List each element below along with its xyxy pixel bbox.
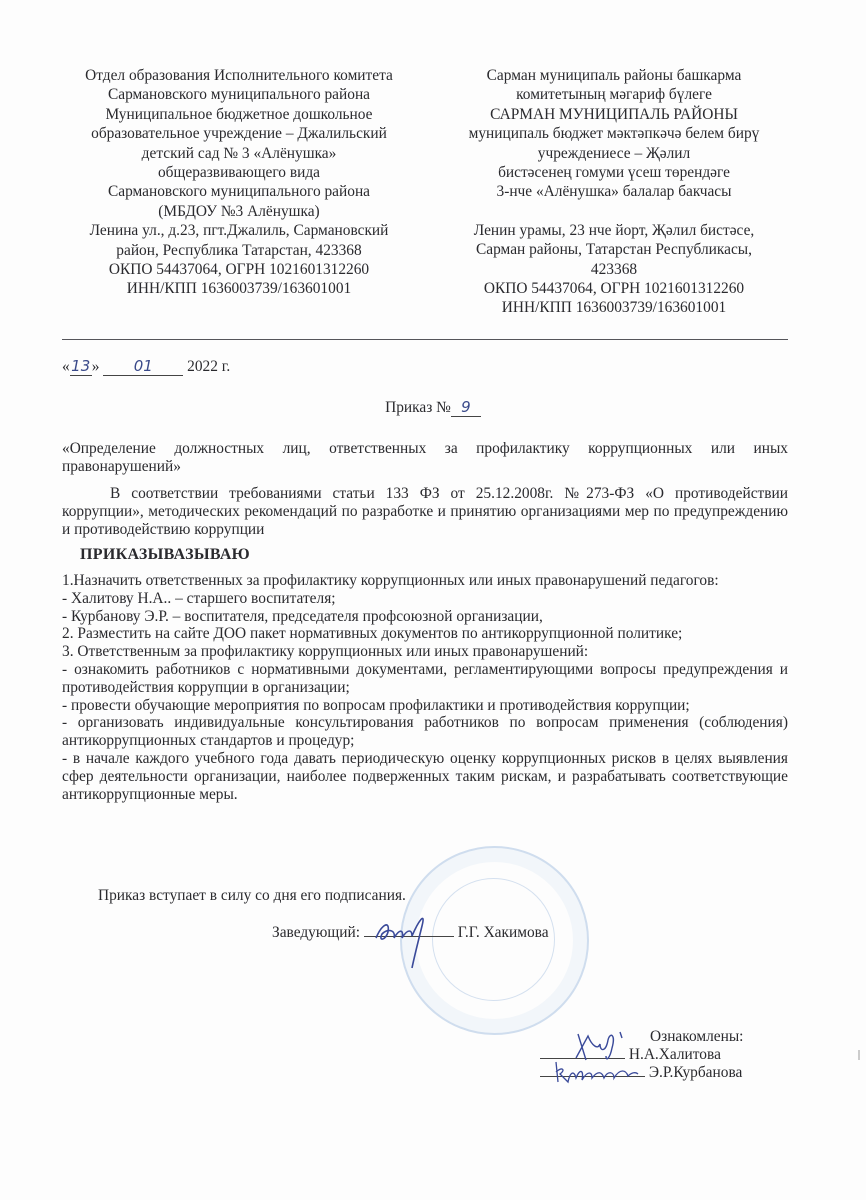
header-line: Ленин урамы, 23 нче йорт, Җәлил бистәсе, (428, 221, 800, 240)
header-line: комитетының мәгариф бүлеге (428, 85, 800, 104)
header-line: учреждениесе – Җәлил (428, 144, 800, 163)
quote-close: » (92, 358, 100, 375)
header-line: 423368 (428, 260, 800, 279)
order-title-prefix: Приказ № (385, 399, 451, 416)
header-divider (62, 339, 788, 340)
quote-open: « (62, 358, 70, 375)
order-item: - ознакомить работников с нормативными д… (62, 661, 788, 697)
order-title: Приказ №9 (0, 398, 866, 417)
header-line: ИНН/КПП 1636003739/163601001 (428, 298, 800, 317)
header-line: муниципаль бюджет мәктәпкәчә белем бирү (428, 124, 800, 143)
order-word: ПРИКАЗЫВАЗЫВАЮ (80, 546, 250, 564)
order-item: - Курбанову Э.Р. – воспитателя, председа… (62, 608, 788, 626)
preamble: В соответствии требованиями статьи 133 Ф… (62, 485, 788, 538)
head-label: Заведующий: (272, 924, 360, 941)
scan-artifact (858, 1050, 860, 1060)
preamble-text: В соответствии требованиями статьи 133 Ф… (62, 485, 788, 538)
order-item: 1.Назначить ответственных за профилактик… (62, 572, 788, 590)
acknowledged-name: Н.А.Халитова (629, 1046, 721, 1063)
acknowledged-name: Э.Р.Курбанова (649, 1064, 742, 1081)
order-number: 9 (451, 398, 481, 417)
header-line: район, Республика Татарстан, 423368 (58, 241, 420, 260)
kurbanova-signature-icon (552, 1060, 642, 1088)
header-line: бистәсенең гомуми үсеш төрендәге (428, 163, 800, 182)
date-day: 13 (70, 357, 92, 376)
header-line: Сармановского муниципального района (58, 182, 420, 201)
header-line: (МБДОУ №3 Алёнушка) (58, 202, 420, 221)
date-month: 01 (103, 357, 183, 376)
order-subject: «Определение должностных лиц, ответствен… (62, 440, 788, 476)
document-page: Отдел образования Исполнительного комите… (0, 0, 866, 1200)
header-line: Сармановского муниципального района (58, 85, 420, 104)
order-item: - организовать индивидуальные консультир… (62, 714, 788, 750)
header-line: Муниципальное бюджетное дошкольное (58, 105, 420, 124)
header-russian: Отдел образования Исполнительного комите… (58, 66, 420, 299)
acknowledged-title: Ознакомлены: (540, 1028, 743, 1046)
header-line: САРМАН МУНИЦИПАЛЬ РАЙОНЫ (428, 105, 800, 124)
header-line: Отдел образования Исполнительного комите… (58, 66, 420, 85)
head-name: Г.Г. Хакимова (458, 924, 549, 941)
header-line: общеразвивающего вида (58, 163, 420, 182)
order-item: - Халитову Н.А.. – старшего воспитателя; (62, 590, 788, 608)
header-line: Сарман муниципаль районы башкарма (428, 66, 800, 85)
header-line: Сарман районы, Татарстан Республикасы, (428, 240, 800, 259)
header-line: Ленина ул., д.23, пгт.Джалиль, Сармановс… (58, 221, 420, 240)
header-line: 3-нче «Алёнушка» балалар бакчасы (428, 182, 800, 201)
order-item: - провести обучающие мероприятия по вопр… (62, 697, 788, 715)
order-date: «13» 01 2022 г. (62, 357, 230, 376)
header-line: детский сад № 3 «Алёнушка» (58, 144, 420, 163)
order-item: 3. Ответственным за профилактику коррупц… (62, 643, 788, 661)
order-item: - в начале каждого учебного года давать … (62, 750, 788, 803)
header-line: ОКПО 54437064, ОГРН 1021601312260 (428, 279, 800, 298)
header-tatar: Сарман муниципаль районы башкарма комите… (428, 66, 800, 318)
date-year: 2022 г. (187, 358, 230, 375)
header-line: ИНН/КПП 1636003739/163601001 (58, 279, 420, 298)
spacer (428, 202, 800, 221)
head-signature-icon (368, 900, 443, 972)
effective-clause: Приказ вступает в силу со дня его подпис… (98, 887, 406, 905)
header-line: образовательное учреждение – Джалильский (58, 124, 420, 143)
header-line: ОКПО 54437064, ОГРН 1021601312260 (58, 260, 420, 279)
order-item: 2. Разместить на сайте ДОО пакет нормати… (62, 625, 788, 643)
order-items: 1.Назначить ответственных за профилактик… (62, 572, 788, 803)
